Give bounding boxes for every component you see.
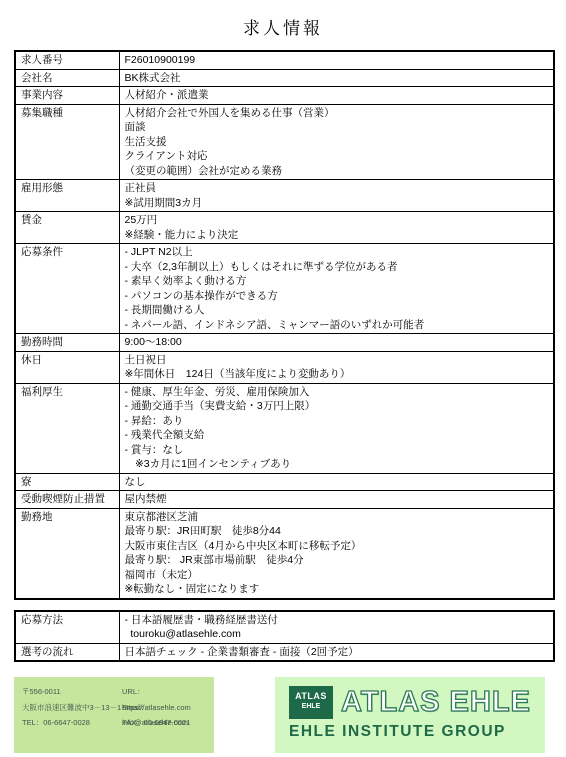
row-value: 土日祝日※年間休日 124日（当該年度により変動あり）: [119, 351, 554, 383]
postal-code: 〒556-0011: [22, 684, 122, 700]
row-value-line: F26010900199: [125, 53, 549, 68]
table-row: 事業内容人材紹介・派遣業: [15, 87, 554, 105]
table-row: 賃金25万円※経験・能力により決定: [15, 212, 554, 244]
row-label: 勤務時間: [15, 334, 119, 352]
table-row: 求人番号F26010900199: [15, 51, 554, 69]
row-value-line: 大阪市東住吉区（4月から中央区本町に移転予定）: [125, 539, 549, 554]
row-label: 応募条件: [15, 244, 119, 334]
logo-badge-icon: ATLAS EHLE: [289, 686, 333, 719]
row-value-line: touroku@atlasehle.com: [125, 627, 549, 642]
job-info-table: 求人番号F26010900199会社名BK株式会社事業内容人材紹介・派遣業募集職…: [14, 50, 555, 600]
row-value-line: 25万円: [125, 213, 549, 228]
row-value: - 日本語履歴書・職務経歴書送付 touroku@atlasehle.com: [119, 611, 554, 644]
table-row: 受動喫煙防止措置屋内禁煙: [15, 491, 554, 509]
row-value-line: - 賞与：なし: [125, 443, 549, 458]
logo-badge-line2: EHLE: [289, 702, 333, 711]
row-value-line: BK株式会社: [125, 71, 549, 86]
row-value-line: 最寄り駅： JR東部市場前駅 徒歩4分: [125, 553, 549, 568]
page-title: 求人情報: [0, 14, 566, 39]
footer: 〒556-0011 URL：https://atlasehle.com 大阪市浪…: [14, 677, 566, 753]
logo-text: ATLAS EHLE: [341, 686, 531, 719]
row-value-line: 面談: [125, 120, 549, 135]
application-table: 応募方法- 日本語履歴書・職務経歴書送付 touroku@atlasehle.c…: [14, 610, 555, 663]
row-value-line: - 大卒（2,3年制以上）もしくはそれに準ずる学位がある者: [125, 260, 549, 275]
table-row: 雇用形態正社員※試用期間3カ月: [15, 180, 554, 212]
row-value-line: - 素早く効率よく動ける方: [125, 274, 549, 289]
company-url: URL：https://atlasehle.com: [122, 684, 206, 700]
row-value: 屋内禁煙: [119, 491, 554, 509]
row-label: 雇用形態: [15, 180, 119, 212]
row-value-line: - 昇給：あり: [125, 414, 549, 429]
row-value: BK株式会社: [119, 69, 554, 87]
row-label: 事業内容: [15, 87, 119, 105]
row-value: 人材紹介・派遣業: [119, 87, 554, 105]
row-value-line: 最寄り駅：JR田町駅 徒歩8分44: [125, 524, 549, 539]
table-gap: [0, 600, 566, 610]
row-value: 25万円※経験・能力により決定: [119, 212, 554, 244]
row-value: 正社員※試用期間3カ月: [119, 180, 554, 212]
row-value-line: 土日祝日: [125, 353, 549, 368]
row-value: 9:00～18:00: [119, 334, 554, 352]
row-label: 選考の流れ: [15, 643, 119, 661]
row-value-line: 9:00～18:00: [125, 335, 549, 350]
job-posting-document: 求人情報 求人番号F26010900199会社名BK株式会社事業内容人材紹介・派…: [0, 0, 566, 757]
company-logo: ATLAS EHLE ATLAS EHLE EHLE INSTITUTE GRO…: [275, 677, 545, 753]
logo-badge-line1: ATLAS: [289, 691, 333, 702]
row-value: F26010900199: [119, 51, 554, 69]
row-value-line: ※年間休日 124日（当該年度により変動あり）: [125, 367, 549, 382]
fax: FAX：06-6647-0021: [122, 715, 206, 731]
row-label: 求人番号: [15, 51, 119, 69]
row-value: - JLPT N2以上- 大卒（2,3年制以上）もしくはそれに準ずる学位がある者…: [119, 244, 554, 334]
contact-box: 〒556-0011 URL：https://atlasehle.com 大阪市浪…: [14, 677, 214, 753]
logo-top-row: ATLAS EHLE ATLAS EHLE: [289, 686, 535, 719]
row-value-line: クライアント対応: [125, 149, 549, 164]
row-value-line: 人材紹介・派遣業: [125, 88, 549, 103]
row-label: 応募方法: [15, 611, 119, 644]
row-label: 休日: [15, 351, 119, 383]
row-value: 人材紹介会社で外国人を集める仕事（営業）面談生活支援クライアント対応（変更の範囲…: [119, 104, 554, 180]
table-row: 勤務時間9:00～18:00: [15, 334, 554, 352]
row-value-line: なし: [125, 475, 549, 490]
table-row: 勤務地東京都港区芝浦最寄り駅：JR田町駅 徒歩8分44大阪市東住吉区（4月から中…: [15, 508, 554, 599]
table-row: 会社名BK株式会社: [15, 69, 554, 87]
row-value: - 健康、厚生年金、労災、雇用保険加入- 通勤交通手当（実費支給・3万円上限）-…: [119, 383, 554, 473]
row-value-line: ※3カ月に1回インセンティブあり: [125, 457, 549, 472]
row-value: なし: [119, 473, 554, 491]
row-value: 日本語チェック - 企業書類審査 - 面接（2回予定）: [119, 643, 554, 661]
row-label: 福利厚生: [15, 383, 119, 473]
row-value-line: 人材紹介会社で外国人を集める仕事（営業）: [125, 106, 549, 121]
table-row: 募集職種人材紹介会社で外国人を集める仕事（営業）面談生活支援クライアント対応（変…: [15, 104, 554, 180]
row-label: 会社名: [15, 69, 119, 87]
row-value-line: 福岡市（未定）: [125, 568, 549, 583]
address: 大阪市浪速区難波中3－13－1: [22, 700, 122, 716]
row-value: 東京都港区芝浦最寄り駅：JR田町駅 徒歩8分44大阪市東住吉区（4月から中央区本…: [119, 508, 554, 599]
table-row: 福利厚生- 健康、厚生年金、労災、雇用保険加入- 通勤交通手当（実費支給・3万円…: [15, 383, 554, 473]
row-value-line: ※経験・能力により決定: [125, 228, 549, 243]
row-value-line: 生活支援: [125, 135, 549, 150]
row-value-line: ※試用期間3カ月: [125, 196, 549, 211]
logo-subtext: EHLE INSTITUTE GROUP: [289, 723, 535, 741]
row-value-line: - 通勤交通手当（実費支給・3万円上限）: [125, 399, 549, 414]
company-email: Email：info@atlasehle.com: [122, 700, 206, 716]
row-value-line: （変更の範囲）会社が定める業務: [125, 164, 549, 179]
table-row: 応募条件- JLPT N2以上- 大卒（2,3年制以上）もしくはそれに準ずる学位…: [15, 244, 554, 334]
row-label: 募集職種: [15, 104, 119, 180]
table-row: 寮なし: [15, 473, 554, 491]
tel: TEL：06-6647-0028: [22, 715, 122, 731]
row-label: 勤務地: [15, 508, 119, 599]
row-value-line: - JLPT N2以上: [125, 245, 549, 260]
row-value-line: - パソコンの基本操作ができる方: [125, 289, 549, 304]
table-row: 応募方法- 日本語履歴書・職務経歴書送付 touroku@atlasehle.c…: [15, 611, 554, 644]
row-value-line: - ネパール語、インドネシア語、ミャンマー語のいずれか可能者: [125, 318, 549, 333]
row-label: 受動喫煙防止措置: [15, 491, 119, 509]
row-value-line: ※転勤なし・固定になります: [125, 582, 549, 597]
row-value-line: - 長期間働ける人: [125, 303, 549, 318]
table-row: 休日土日祝日※年間休日 124日（当該年度により変動あり）: [15, 351, 554, 383]
row-value-line: - 残業代全額支給: [125, 428, 549, 443]
row-value-line: 屋内禁煙: [125, 492, 549, 507]
row-value-line: - 日本語履歴書・職務経歴書送付: [125, 613, 549, 628]
table-row: 選考の流れ日本語チェック - 企業書類審査 - 面接（2回予定）: [15, 643, 554, 661]
row-value-line: 東京都港区芝浦: [125, 510, 549, 525]
row-value-line: 正社員: [125, 181, 549, 196]
row-label: 寮: [15, 473, 119, 491]
row-value-line: 日本語チェック - 企業書類審査 - 面接（2回予定）: [125, 645, 549, 660]
row-label: 賃金: [15, 212, 119, 244]
row-value-line: - 健康、厚生年金、労災、雇用保険加入: [125, 385, 549, 400]
